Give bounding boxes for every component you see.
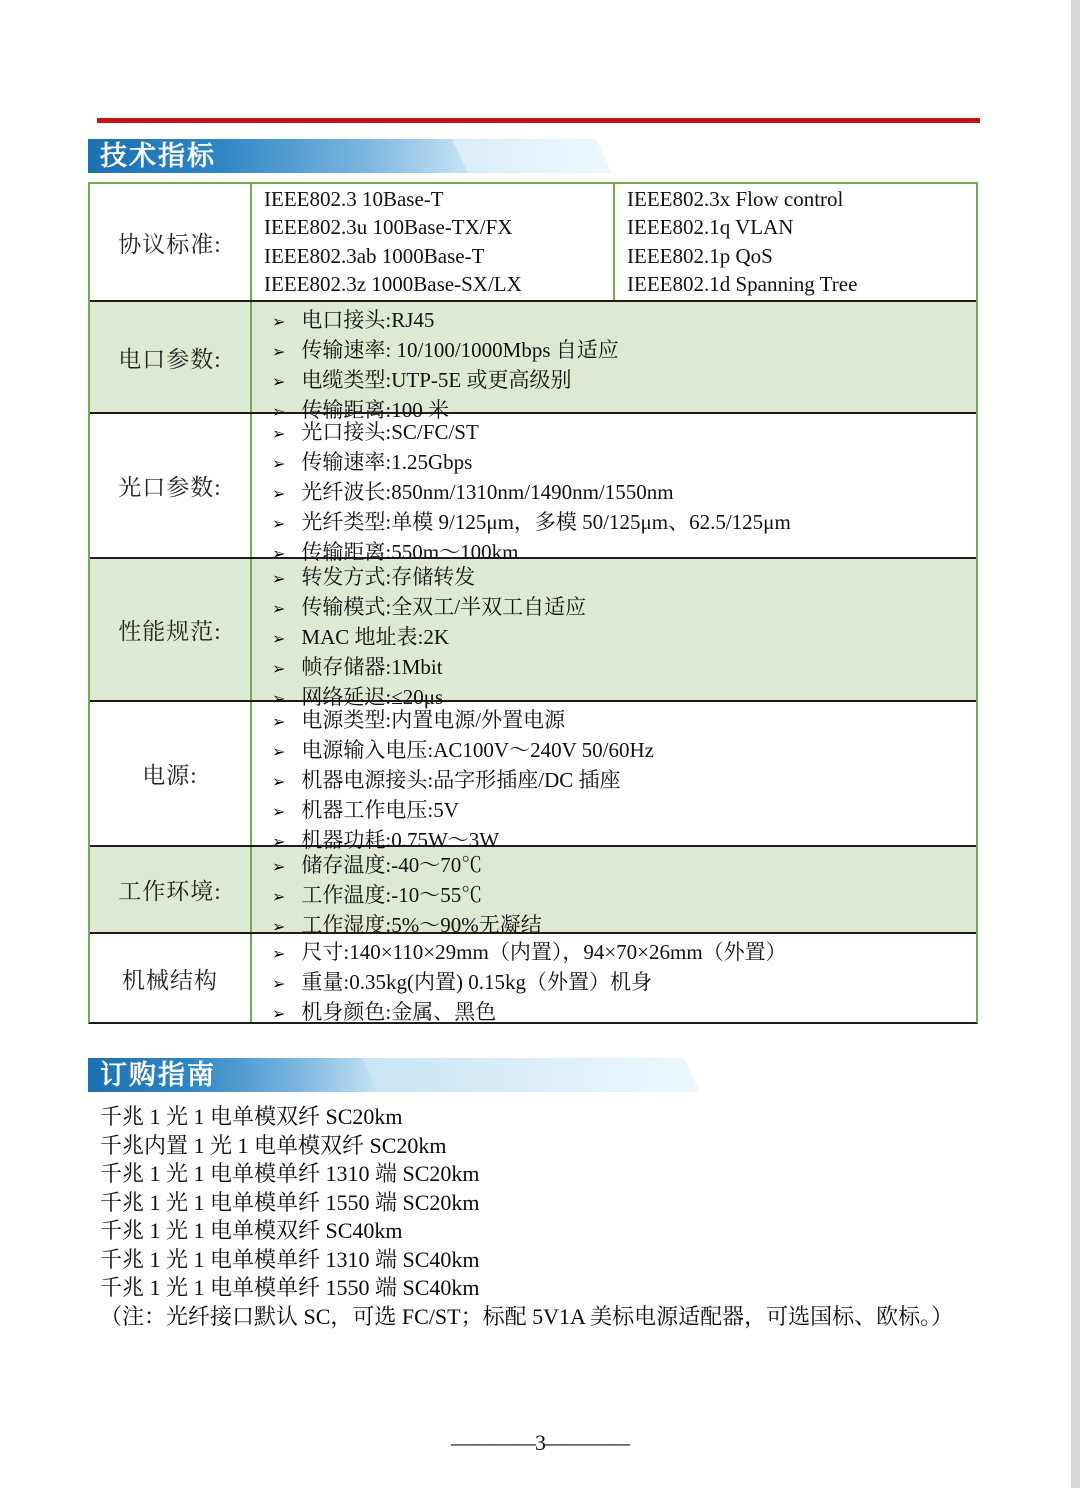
spec-text: 电源输入电压:AC100V～240V 50/60Hz [301, 734, 654, 764]
arrow-bullet-icon: ➢ [272, 659, 285, 679]
row-label: 电源: [90, 702, 252, 845]
table-row-optical-port: 光口参数: ➢光口接头:SC/FC/ST ➢传输速率:1.25Gbps ➢光纤波… [90, 412, 976, 557]
spec-table: 协议标准: IEEE802.3 10Base-T IEEE802.3u 100B… [88, 182, 978, 1024]
spec-line: ➢电口接头:RJ45 [262, 304, 972, 334]
spec-line: IEEE802.1d Spanning Tree [627, 272, 976, 297]
spec-text: 电缆类型:UTP-5E 或更高级别 [301, 364, 571, 394]
arrow-bullet-icon: ➢ [272, 742, 285, 762]
row-label: 机械结构 [90, 934, 252, 1022]
spec-text: 传输速率: 10/100/1000Mbps 自适应 [301, 334, 618, 364]
red-divider-line [97, 118, 980, 123]
order-guide-list: 千兆 1 光 1 电单模双纤 SC20km 千兆内置 1 光 1 电单模双纤 S… [100, 1103, 953, 1331]
spec-line: ➢机身颜色:金属、黑色 [262, 996, 972, 1026]
spec-line: ➢机器电源接头:品字形插座/DC 插座 [262, 764, 972, 794]
spec-text: 电口接头:RJ45 [301, 304, 434, 334]
spec-line: ➢传输模式:全双工/半双工自适应 [262, 591, 972, 621]
spec-text: 工作温度:-10～55℃ [301, 879, 482, 909]
row-label: 电口参数: [90, 302, 252, 412]
section-banner-order-guide: 订购指南 [88, 1058, 700, 1092]
arrow-bullet-icon: ➢ [272, 599, 285, 619]
spec-line: ➢电缆类型:UTP-5E 或更高级别 [262, 364, 972, 394]
table-row-environment: 工作环境: ➢储存温度:-40～70℃ ➢工作温度:-10～55℃ ➢工作湿度:… [90, 845, 976, 932]
protocol-right-column: IEEE802.3x Flow control IEEE802.1q VLAN … [613, 184, 976, 300]
spec-line: ➢光纤波长:850nm/1310nm/1490nm/1550nm [262, 476, 972, 506]
spec-line: IEEE802.1p QoS [627, 244, 976, 269]
spec-line: ➢帧存储器:1Mbit [262, 651, 972, 681]
spec-text: 光纤类型:单模 9/125μm，多模 50/125μm、62.5/125μm [301, 506, 790, 536]
spec-line: ➢转发方式:存储转发 [262, 561, 972, 591]
spec-line: ➢电源输入电压:AC100V～240V 50/60Hz [262, 734, 972, 764]
spec-text: MAC 地址表:2K [301, 621, 449, 651]
spec-text: 储存温度:-40～70℃ [301, 849, 482, 879]
order-item: 千兆内置 1 光 1 电单模双纤 SC20km [100, 1132, 953, 1161]
spec-line: IEEE802.3x Flow control [627, 187, 976, 212]
spec-text: 传输模式:全双工/半双工自适应 [301, 591, 586, 621]
spec-line: IEEE802.3z 1000Base-SX/LX [264, 272, 613, 297]
spec-text: 尺寸:140×110×29mm（内置），94×70×26mm（外置） [301, 936, 786, 966]
spec-text: 光纤波长:850nm/1310nm/1490nm/1550nm [301, 476, 673, 506]
table-row-protocol-standards: 协议标准: IEEE802.3 10Base-T IEEE802.3u 100B… [90, 184, 976, 300]
spec-line: IEEE802.3u 100Base-TX/FX [264, 215, 613, 240]
protocol-columns: IEEE802.3 10Base-T IEEE802.3u 100Base-TX… [252, 184, 976, 300]
spec-line: ➢传输速率:1.25Gbps [262, 446, 972, 476]
spec-text: 光口接头:SC/FC/ST [301, 416, 478, 446]
arrow-bullet-icon: ➢ [272, 312, 285, 332]
spec-line: ➢MAC 地址表:2K [262, 621, 972, 651]
spec-line: IEEE802.1q VLAN [627, 215, 976, 240]
spec-text: 重量:0.35kg(内置) 0.15kg（外置）机身 [301, 966, 652, 996]
row-label: 工作环境: [90, 847, 252, 932]
page-footer: ————3———— [0, 1430, 1080, 1456]
spec-line: ➢重量:0.35kg(内置) 0.15kg（外置）机身 [262, 966, 972, 996]
order-guide-note: （注：光纤接口默认 SC，可选 FC/ST；标配 5V1A 美标电源适配器，可选… [100, 1303, 953, 1332]
spec-text: 传输速率:1.25Gbps [301, 446, 472, 476]
order-item: 千兆 1 光 1 电单模单纤 1310 端 SC20km [100, 1160, 953, 1189]
arrow-bullet-icon: ➢ [272, 1004, 285, 1024]
arrow-bullet-icon: ➢ [272, 372, 285, 392]
row-label: 性能规范: [90, 559, 252, 700]
spec-text: 机身颜色:金属、黑色 [301, 996, 496, 1026]
spec-text: 机器工作电压:5V [301, 794, 459, 824]
protocol-left-column: IEEE802.3 10Base-T IEEE802.3u 100Base-TX… [252, 184, 613, 300]
section-banner-tech-specs: 技术指标 [88, 139, 612, 173]
order-item: 千兆 1 光 1 电单模单纤 1550 端 SC20km [100, 1189, 953, 1218]
arrow-bullet-icon: ➢ [272, 454, 285, 474]
arrow-bullet-icon: ➢ [272, 712, 285, 732]
order-item: 千兆 1 光 1 电单模双纤 SC20km [100, 1103, 953, 1132]
page-number: 3 [535, 1430, 545, 1455]
spec-line: ➢机器工作电压:5V [262, 794, 972, 824]
spec-text: 转发方式:存储转发 [301, 561, 475, 591]
spec-line: IEEE802.3 10Base-T [264, 187, 613, 212]
arrow-bullet-icon: ➢ [272, 857, 285, 877]
spec-line: ➢光纤类型:单模 9/125μm，多模 50/125μm、62.5/125μm [262, 506, 972, 536]
spec-text: 帧存储器:1Mbit [301, 651, 442, 681]
order-item: 千兆 1 光 1 电单模单纤 1550 端 SC40km [100, 1274, 953, 1303]
spec-line: ➢传输速率: 10/100/1000Mbps 自适应 [262, 334, 972, 364]
arrow-bullet-icon: ➢ [272, 802, 285, 822]
arrow-bullet-icon: ➢ [272, 974, 285, 994]
spec-line: ➢储存温度:-40～70℃ [262, 849, 972, 879]
row-label: 光口参数: [90, 414, 252, 557]
table-row-electrical-port: 电口参数: ➢电口接头:RJ45 ➢传输速率: 10/100/1000Mbps … [90, 300, 976, 412]
order-item: 千兆 1 光 1 电单模双纤 SC40km [100, 1217, 953, 1246]
section-title-order-guide: 订购指南 [88, 1058, 700, 1092]
arrow-bullet-icon: ➢ [272, 514, 285, 534]
arrow-bullet-icon: ➢ [272, 424, 285, 444]
scan-edge-strip [1071, 0, 1080, 1488]
spec-line: ➢工作温度:-10～55℃ [262, 879, 972, 909]
order-item: 千兆 1 光 1 电单模单纤 1310 端 SC40km [100, 1246, 953, 1275]
footer-left-dashes: ———— [451, 1430, 535, 1455]
footer-right-dashes: ———— [545, 1430, 629, 1455]
spec-line: ➢电源类型:内置电源/外置电源 [262, 704, 972, 734]
arrow-bullet-icon: ➢ [272, 484, 285, 504]
arrow-bullet-icon: ➢ [272, 887, 285, 907]
arrow-bullet-icon: ➢ [272, 944, 285, 964]
spec-text: 机器电源接头:品字形插座/DC 插座 [301, 764, 620, 794]
spec-line: IEEE802.3ab 1000Base-T [264, 244, 613, 269]
spec-text: 电源类型:内置电源/外置电源 [301, 704, 565, 734]
section-title-tech-specs: 技术指标 [88, 139, 612, 173]
spec-line: ➢尺寸:140×110×29mm（内置），94×70×26mm（外置） [262, 936, 972, 966]
table-row-mechanical: 机械结构 ➢尺寸:140×110×29mm（内置），94×70×26mm（外置）… [90, 932, 976, 1022]
table-row-power: 电源: ➢电源类型:内置电源/外置电源 ➢电源输入电压:AC100V～240V … [90, 700, 976, 845]
arrow-bullet-icon: ➢ [272, 342, 285, 362]
arrow-bullet-icon: ➢ [272, 772, 285, 792]
table-row-performance: 性能规范: ➢转发方式:存储转发 ➢传输模式:全双工/半双工自适应 ➢MAC 地… [90, 557, 976, 700]
arrow-bullet-icon: ➢ [272, 569, 285, 589]
spec-line: ➢光口接头:SC/FC/ST [262, 416, 972, 446]
arrow-bullet-icon: ➢ [272, 629, 285, 649]
row-label: 协议标准: [90, 184, 252, 300]
